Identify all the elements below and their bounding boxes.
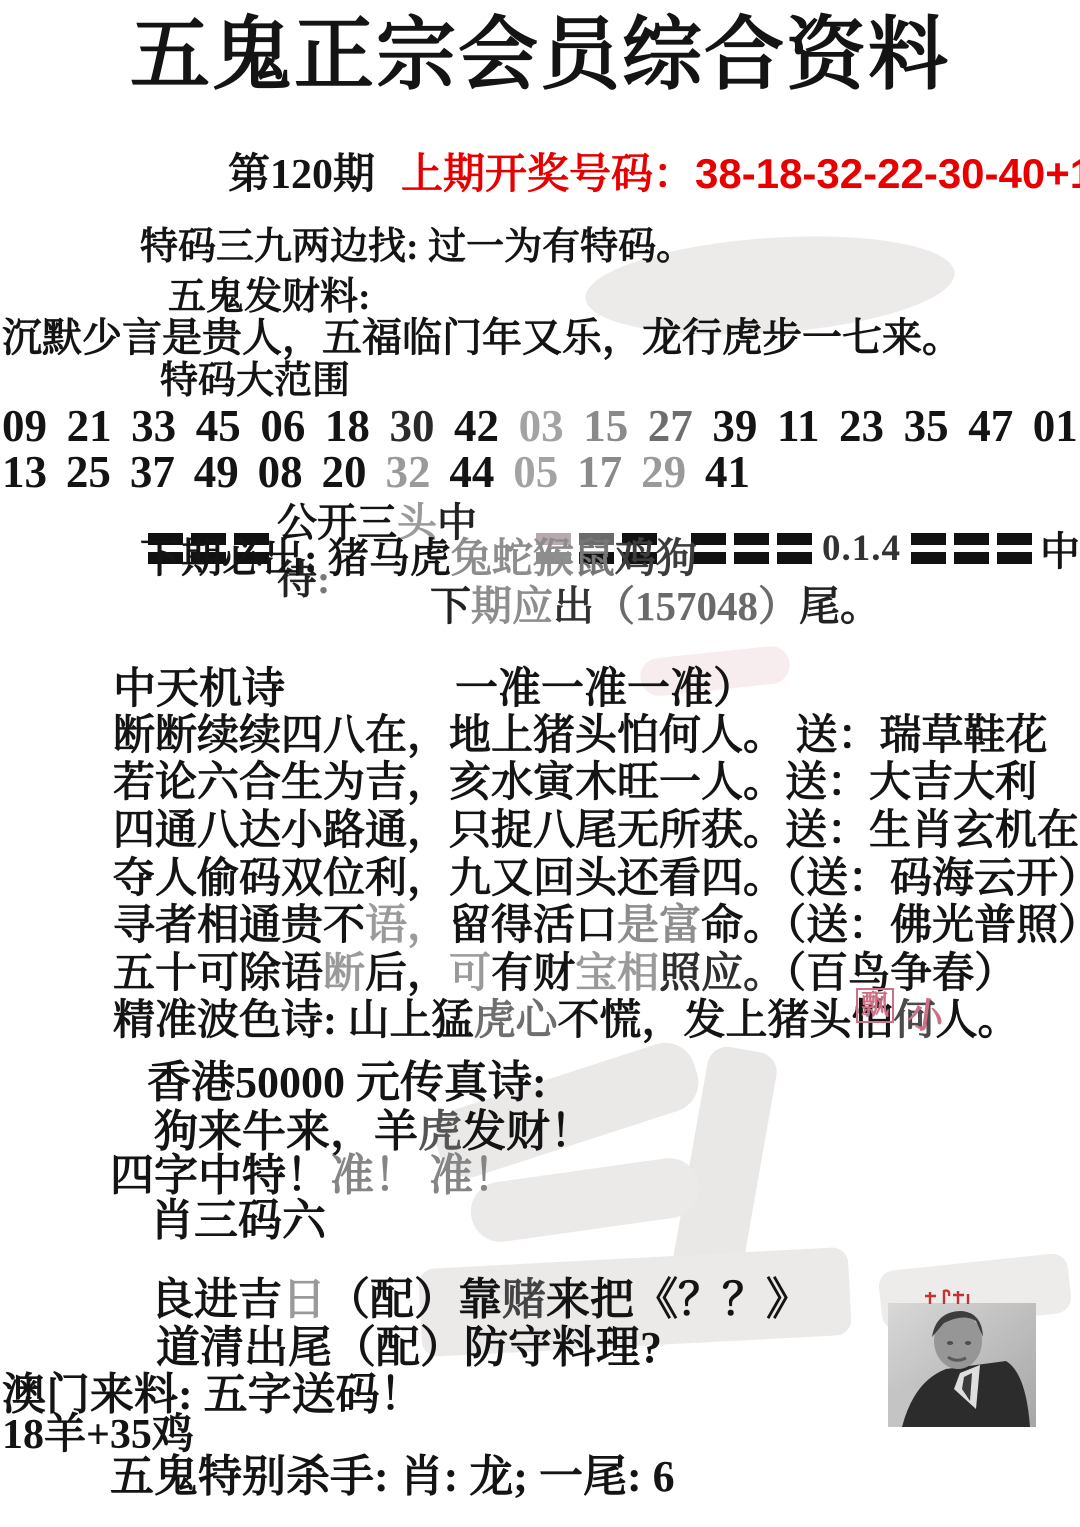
poem-heading-right: 一准一准一准） (455, 666, 756, 714)
censored-bar-block (911, 533, 1032, 564)
tail-line: 道清出尾（配）防守料理? (156, 1323, 662, 1372)
subheader: 第120期 上期开奖号码：38-18-32-22-30-40+11 (228, 150, 1080, 199)
last-draw-numbers: 上期开奖号码：38-18-32-22-30-40+11 (401, 150, 1080, 197)
red-scribble-mark (922, 1286, 974, 1311)
pink-stamp: 飘 小 (856, 988, 944, 1039)
grid-number: 03 (519, 400, 564, 452)
poem-line: 四通八达小路通，只捉八尾无所获。送：生肖玄机在内 (113, 808, 1080, 855)
stamp-boxed-char: 飘 (856, 988, 894, 1023)
poem-line: 夺人偷码双位利，九又回头还看四。（送：码海云开） (113, 856, 1080, 903)
wealth-label: 五鬼发财料: (168, 276, 371, 319)
page-title: 五鬼正宗会员综合资料 (0, 12, 1080, 102)
three-heads-suffix: 中 (1040, 520, 1080, 577)
wealth-poem: 沉默少言是贵人，五福临门年又乐，龙行虎步一七来。 (2, 316, 962, 361)
grid-number: 35 (904, 400, 949, 452)
grid-number: 21 (67, 400, 112, 452)
grid-number: 45 (196, 400, 241, 452)
grid-number: 25 (66, 446, 111, 498)
range-label: 特码大范围 (160, 360, 350, 403)
stamp-plain-char: 小 (905, 986, 948, 1042)
poem-line: 断断续续四八在，地上猪头怕何人。 送：瑞草鞋花 (113, 713, 1048, 760)
number-row-1: 0921334506183042031527391123354701 (2, 400, 1078, 452)
grid-number: 09 (2, 400, 47, 452)
next-should-appear: 下期应出（157048）尾。 (430, 584, 881, 630)
poem-line: 若论六合生为吉，亥水寅木旺一人。送：大吉大利 (113, 760, 1037, 807)
poem-line: 寻者相通贵不语，留得活口是富命。（送：佛光普照） (113, 903, 1080, 950)
poem-heading-left: 中天机诗 (113, 666, 285, 714)
special-killer-line: 五鬼特别杀手: 肖: 龙; 一尾: 6 (110, 1452, 675, 1501)
zodiac-three-codes: 肖三码六 (150, 1196, 326, 1245)
grid-number: 30 (389, 400, 434, 452)
lottery-info-sheet: 五鬼正宗会员综合资料 第120期 上期开奖号码：38-18-32-22-30-4… (0, 0, 1080, 1527)
issue-number: 第120期 (228, 152, 375, 199)
hk-fax-title: 香港50000 元传真诗: (147, 1058, 547, 1107)
grid-number: 15 (583, 400, 628, 452)
lucky-day-line: 良进吉日（配）靠赌来把《？？》 (150, 1275, 810, 1324)
portrait-photo (888, 1303, 1036, 1427)
special-code-hint: 特码三九两边找: 过一为有特码。 (140, 226, 694, 269)
grid-number: 06 (260, 400, 305, 452)
censored-bar-block (691, 533, 812, 564)
grid-number: 23 (839, 400, 884, 452)
grid-number: 39 (712, 400, 757, 452)
grid-number: 18 (325, 400, 370, 452)
grid-number: 13 (2, 446, 47, 498)
grid-number: 27 (648, 400, 693, 452)
grid-number: 42 (454, 400, 499, 452)
four-char-special: 四字中特！准！ 准！ (110, 1151, 517, 1200)
grid-number: 33 (131, 400, 176, 452)
hk-fax-poem: 狗来牛来，羊虎发财！ (154, 1107, 594, 1156)
grid-number: 01 (1033, 400, 1078, 452)
grid-number: 47 (968, 400, 1013, 452)
next-must-appear: 下期必出: 猪马虎兔蛇猴鼠鸡狗 (140, 536, 697, 582)
grid-number: 11 (777, 400, 820, 452)
three-heads-value: 0.1.4 (822, 527, 901, 570)
